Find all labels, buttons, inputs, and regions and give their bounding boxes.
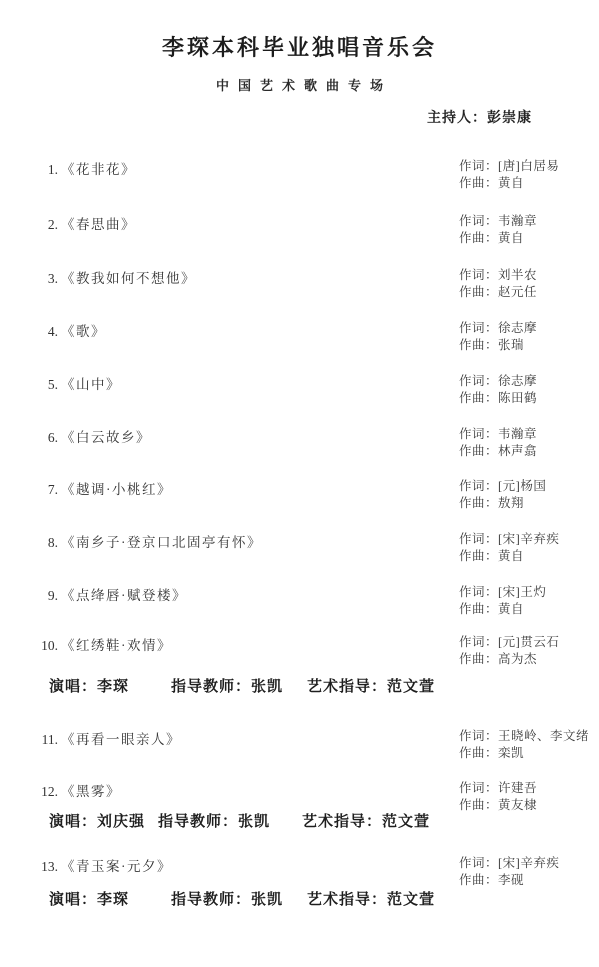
singer-credit: 演唱：李琛	[49, 675, 129, 696]
lyricist-credit: 作词：许建吾	[459, 780, 537, 797]
performer-line-2: 演唱：刘庆强 指导教师：张凯 艺术指导：范文萱	[49, 810, 430, 831]
composer-credit: 作曲：黄自	[459, 548, 559, 565]
composer-credit: 作曲：敖翔	[459, 495, 546, 512]
lyricist-credit: 作词：徐志摩	[459, 373, 537, 390]
composer-credit: 作曲：林声翕	[459, 443, 537, 460]
singer-credit: 演唱：刘庆强	[49, 810, 145, 831]
composer-credit: 作曲：栾凯	[459, 745, 589, 762]
song-number: 5.	[36, 377, 58, 393]
lyricist-credit: 作词：[元]贯云石	[459, 634, 559, 651]
performer-line-1: 演唱：李琛 指导教师：张凯 艺术指导：范文萱	[49, 675, 435, 696]
composer-credit: 作曲：陈田鹤	[459, 390, 537, 407]
host-line: 主持人：彭崇康	[427, 107, 532, 127]
teacher-credit: 指导教师：张凯	[171, 675, 283, 696]
composer-credit: 作曲：李砚	[459, 872, 559, 889]
composer-credit: 作曲：黄自	[459, 175, 559, 192]
song-title: 《点绛唇·赋登楼》	[61, 588, 187, 603]
lyricist-credit: 作词：[唐]白居易	[459, 158, 559, 175]
song-number: 10.	[36, 638, 58, 654]
page-title: 李琛本科毕业独唱音乐会	[0, 31, 599, 62]
song-title: 《春思曲》	[61, 217, 136, 232]
song-number: 3.	[36, 271, 58, 287]
teacher-credit: 指导教师：张凯	[171, 888, 283, 909]
song-number: 8.	[36, 535, 58, 551]
lyricist-credit: 作词：徐志摩	[459, 320, 537, 337]
art-director-credit: 艺术指导：范文萱	[302, 810, 430, 831]
song-title: 《青玉案·元夕》	[61, 859, 172, 874]
composer-credit: 作曲：黄友棣	[459, 797, 537, 814]
song-title: 《歌》	[61, 324, 106, 339]
song-title: 《南乡子·登京口北固亭有怀》	[61, 535, 262, 550]
lyricist-credit: 作词：[元]杨国	[459, 478, 546, 495]
page-subtitle: 中国艺术歌曲专场	[0, 75, 599, 94]
lyricist-credit: 作词：韦瀚章	[459, 426, 537, 443]
song-number: 11.	[36, 732, 58, 748]
song-title: 《白云故乡》	[61, 430, 151, 445]
composer-credit: 作曲：黄自	[459, 601, 546, 618]
composer-credit: 作曲：赵元任	[459, 284, 537, 301]
song-number: 7.	[36, 482, 58, 498]
song-title: 《再看一眼亲人》	[61, 732, 181, 747]
song-number: 1.	[36, 162, 58, 178]
concert-program-page: 李琛本科毕业独唱音乐会 中国艺术歌曲专场 主持人：彭崇康 1.《花非花》 作词：…	[0, 0, 599, 967]
teacher-credit: 指导教师：张凯	[158, 810, 270, 831]
lyricist-credit: 作词：[宋]辛弃疾	[459, 855, 559, 872]
lyricist-credit: 作词：[宋]辛弃疾	[459, 531, 559, 548]
song-title: 《山中》	[61, 377, 121, 392]
lyricist-credit: 作词：刘半农	[459, 267, 537, 284]
song-title: 《花非花》	[61, 162, 136, 177]
lyricist-credit: 作词：王晓岭、李文绪	[459, 728, 589, 745]
song-title: 《越调·小桃红》	[61, 482, 172, 497]
song-number: 13.	[36, 859, 58, 875]
singer-credit: 演唱：李琛	[49, 888, 129, 909]
song-number: 9.	[36, 588, 58, 604]
art-director-credit: 艺术指导：范文萱	[307, 675, 435, 696]
composer-credit: 作曲：张瑞	[459, 337, 537, 354]
song-title: 《黑雾》	[61, 784, 121, 799]
song-number: 6.	[36, 430, 58, 446]
composer-credit: 作曲：高为杰	[459, 651, 559, 668]
composer-credit: 作曲：黄自	[459, 230, 537, 247]
song-number: 2.	[36, 217, 58, 233]
performer-line-3: 演唱：李琛 指导教师：张凯 艺术指导：范文萱	[49, 888, 435, 909]
lyricist-credit: 作词：韦瀚章	[459, 213, 537, 230]
song-title: 《教我如何不想他》	[61, 271, 196, 286]
lyricist-credit: 作词：[宋]王灼	[459, 584, 546, 601]
art-director-credit: 艺术指导：范文萱	[307, 888, 435, 909]
song-title: 《红绣鞋·欢情》	[61, 638, 172, 653]
song-number: 4.	[36, 324, 58, 340]
song-number: 12.	[36, 784, 58, 800]
